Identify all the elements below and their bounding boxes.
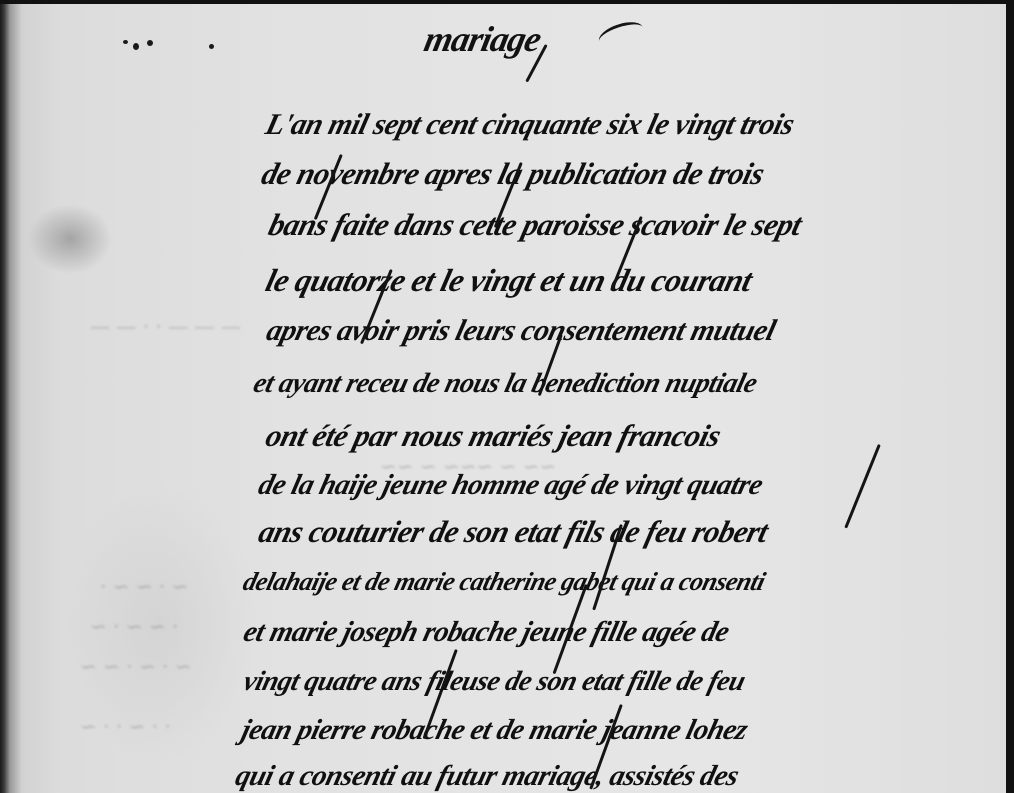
- bleed-through-text: · ~ ~ · ~: [90, 614, 178, 638]
- manuscript-line: de la haije jeune homme agé de vingt qua…: [255, 469, 766, 502]
- bleed-through-text: ~ · ~ · ~ ~: [80, 654, 192, 678]
- pen-stroke: [844, 444, 880, 529]
- manuscript-line: L'an mil sept cent cinquante six le ving…: [262, 108, 797, 142]
- manuscript-line: ont été par nous mariés jean francois: [262, 418, 724, 454]
- bleed-through-text: · · ~ · · ~: [80, 714, 171, 738]
- manuscript-line: jean pierre robache et de marie jeanne l…: [238, 714, 751, 747]
- manuscript-line: et ayant receu de nous la benediction nu…: [250, 368, 760, 400]
- bleed-through-text: ~ · ~ ~ ·: [100, 574, 188, 598]
- manuscript-line: vingt quatre ans fileuse de son etat fil…: [240, 666, 748, 698]
- bleed-through-text: — — — · · — —: [90, 314, 241, 338]
- record-heading: mariage: [421, 18, 545, 60]
- manuscript-line: le quatorze et le vingt et un du courant: [262, 262, 756, 299]
- manuscript-line: qui a consenti au futur mariage, assisté…: [232, 760, 742, 793]
- manuscript-line: et marie joseph robache jeune fille agée…: [240, 616, 732, 649]
- manuscript-line: apres avoir pris leurs consentement mutu…: [263, 314, 779, 348]
- manuscript-line: ans couturier de son etat fils de feu ro…: [255, 514, 771, 550]
- manuscript-line: bans faite dans cette paroisse scavoir l…: [265, 207, 805, 243]
- manuscript-line: delahaije et de marie catherine gabet qu…: [240, 567, 768, 597]
- heading-flourish: [596, 17, 646, 51]
- manuscript-page: — — — · · — — ~ · ~ ~ · · ~ ~ · ~ ~ · ~ …: [0, 4, 1006, 793]
